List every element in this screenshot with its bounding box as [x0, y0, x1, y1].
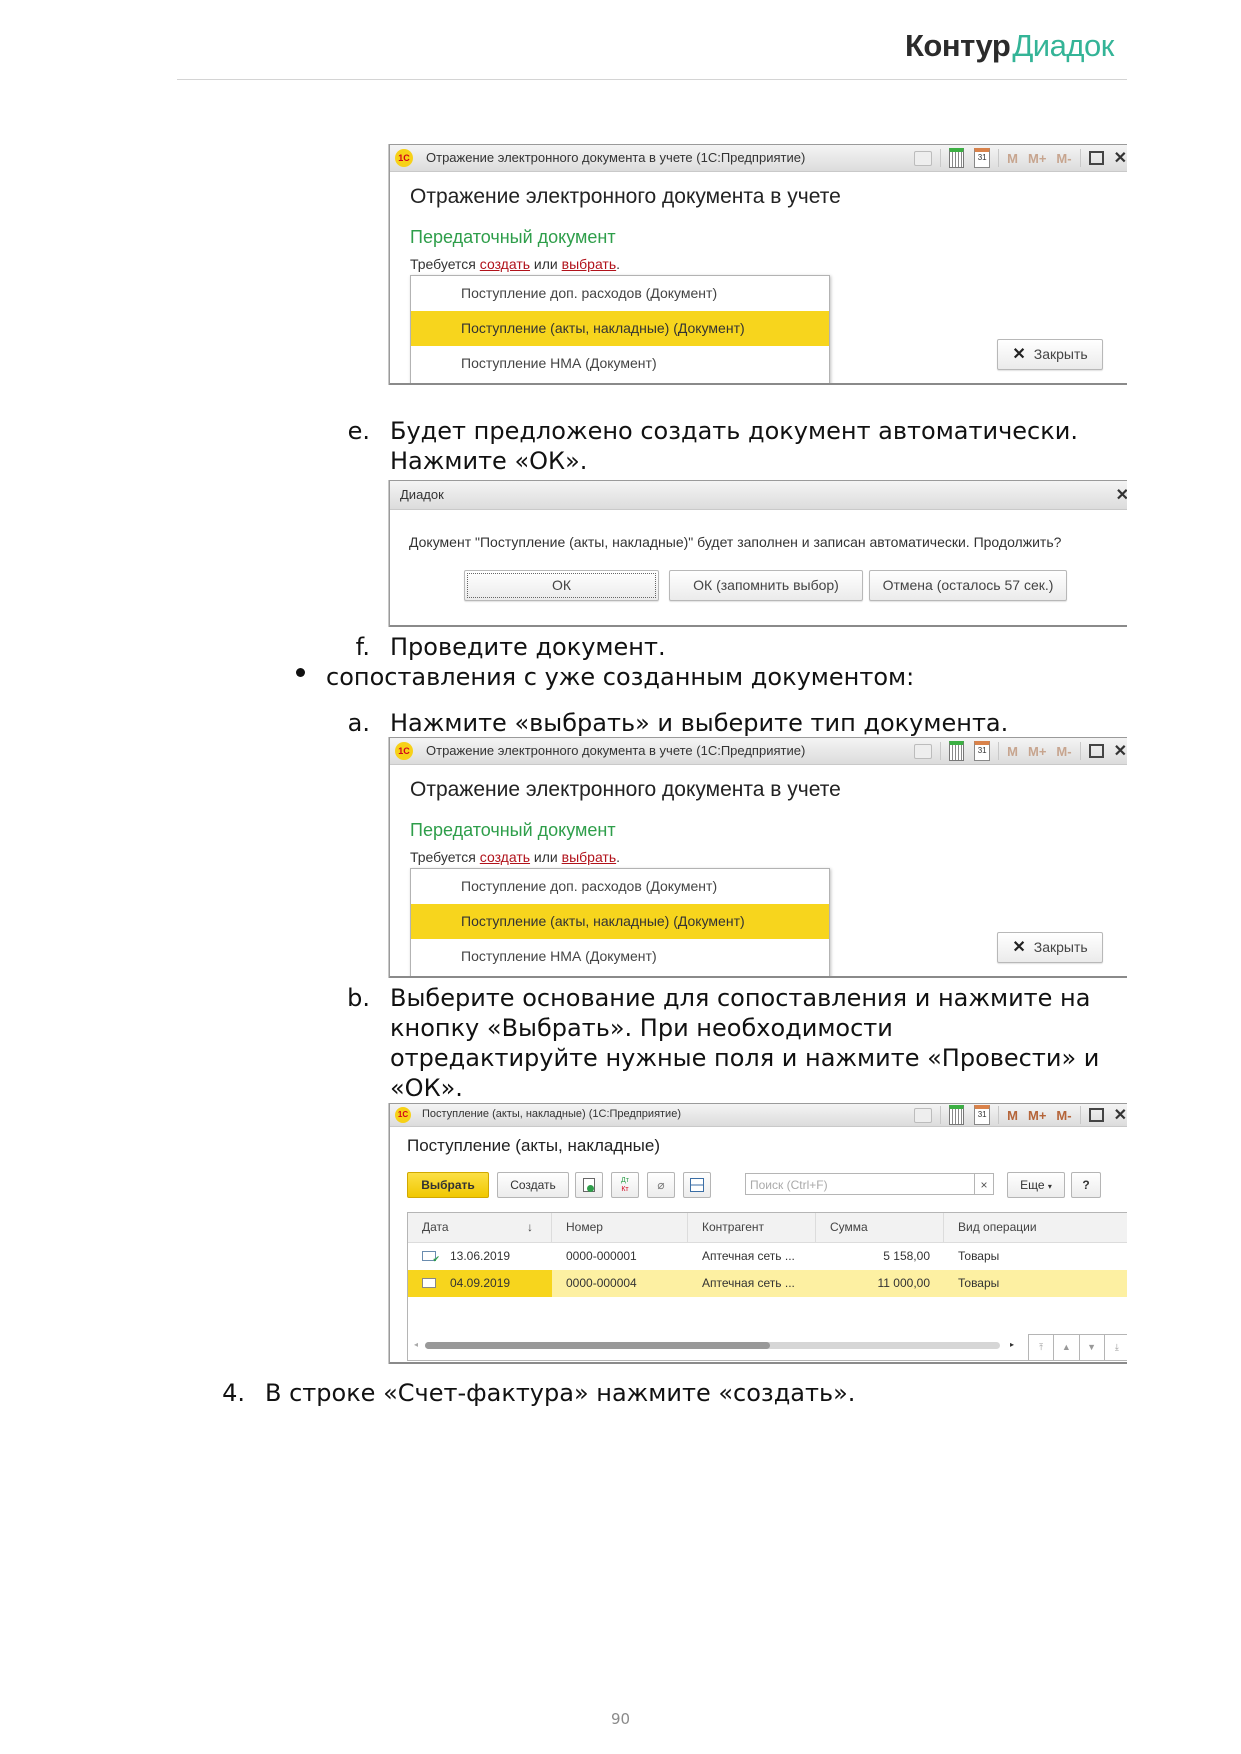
separator — [998, 1106, 999, 1124]
list-toolbar: Выбрать Создать ДтКт ⌀ Поиск (Ctrl+F) × … — [407, 1172, 1127, 1198]
separator — [940, 742, 941, 760]
form-heading: Отражение электронного документа в учете — [410, 778, 841, 802]
ok-remember-button[interactable]: ОК (запомнить выбор) — [669, 570, 863, 601]
structure-icon — [690, 1178, 704, 1192]
chevron-down-icon: ▾ — [1048, 1182, 1052, 1191]
brand-logo: КонтурДиадок — [905, 28, 1114, 64]
attach-button[interactable]: ⌀ — [647, 1172, 675, 1198]
memory-mminus-button[interactable]: M- — [1056, 1108, 1071, 1123]
step-4-text: В строке «Счет-фактура» нажмите «создать… — [265, 1378, 855, 1408]
close-button[interactable]: ✕Закрыть — [997, 339, 1103, 370]
cell-date: 04.09.2019 — [408, 1270, 552, 1297]
req-prefix: Требуется — [410, 256, 480, 272]
calculator-icon[interactable] — [949, 741, 964, 761]
scrollbar-thumb[interactable] — [425, 1342, 770, 1349]
close-x-icon: ✕ — [1012, 939, 1025, 956]
col-date[interactable]: Дата↓ — [408, 1213, 552, 1242]
col-sum[interactable]: Сумма — [816, 1213, 944, 1242]
dropdown-item[interactable]: Поступление НМА (Документ) — [411, 939, 829, 974]
print-icon[interactable] — [914, 1108, 932, 1123]
req-suffix: . — [616, 849, 620, 865]
separator — [998, 149, 999, 167]
doc-type-label: Передаточный документ — [410, 820, 616, 841]
more-button[interactable]: Еще ▾ — [1007, 1172, 1065, 1198]
posted-document-icon: ✔ — [422, 1251, 436, 1261]
select-link[interactable]: выбрать — [562, 849, 617, 865]
paperclip-icon: ⌀ — [657, 1178, 664, 1192]
dropdown-item[interactable]: Поступление доп. расходов (Документ) — [411, 276, 829, 311]
more-label: Еще — [1020, 1178, 1044, 1192]
new-document-icon — [583, 1178, 595, 1192]
help-button[interactable]: ? — [1071, 1172, 1101, 1198]
step-b-line1: Выберите основание для сопоставления и н… — [390, 983, 1090, 1013]
scroll-right-icon[interactable]: ▸ — [1010, 1340, 1014, 1349]
print-icon[interactable] — [914, 744, 932, 759]
dropdown-item-selected[interactable]: Поступление (акты, накладные) (Документ) — [411, 904, 829, 939]
dialog-close-icon[interactable]: ✕ — [1116, 485, 1127, 505]
calendar-icon[interactable]: 31 — [974, 741, 990, 761]
create-based-on-button[interactable] — [575, 1172, 603, 1198]
search-clear-button[interactable]: × — [974, 1173, 994, 1195]
sort-desc-icon: ↓ — [527, 1213, 533, 1242]
requirement-text: Требуется создать или выбрать. — [410, 849, 620, 865]
brand-kontur: Контур — [905, 28, 1010, 63]
cell-counterparty: Аптечная сеть ... — [688, 1270, 816, 1297]
window-receipts-list: 1C Поступление (акты, накладные) (1С:Пре… — [389, 1103, 1127, 1364]
cell-operation: Товары — [944, 1270, 1127, 1297]
window-reflect-doc-2: 1C Отражение электронного документа в уч… — [389, 737, 1127, 978]
dt-kt-icon: ДтКт — [612, 1173, 638, 1194]
select-button[interactable]: Выбрать — [407, 1172, 489, 1198]
1c-logo-icon: 1C — [395, 149, 413, 167]
step-b-marker: b. — [330, 983, 370, 1013]
title-bar: 1C Отражение электронного документа в уч… — [390, 145, 1127, 172]
dropdown-item[interactable]: Поступление НМА (Документ) — [411, 346, 829, 381]
ok-button[interactable]: ОК — [464, 570, 659, 601]
dt-kt-button[interactable]: ДтКт — [611, 1172, 639, 1198]
step-f-marker: f. — [330, 632, 370, 662]
prev-row-icon[interactable]: ▲ — [1054, 1335, 1079, 1360]
step-f-text: Проведите документ. — [390, 632, 666, 662]
separator — [998, 742, 999, 760]
cell-number: 0000-000001 — [552, 1243, 688, 1270]
form-heading: Отражение электронного документа в учете — [410, 185, 841, 209]
cell-operation: Товары — [944, 1243, 1127, 1270]
memory-m-button[interactable]: M — [1007, 1108, 1018, 1123]
maximize-icon[interactable] — [1089, 744, 1104, 758]
page-number: 90 — [0, 1710, 1241, 1728]
close-icon[interactable]: ✕ — [1114, 741, 1127, 761]
dropdown-item[interactable]: Поступление доп. расходов (Документ) — [411, 869, 829, 904]
cancel-button[interactable]: Отмена (осталось 57 сек.) — [869, 570, 1067, 601]
dialog-message: Документ "Поступление (акты, накладные)"… — [409, 534, 1061, 550]
step-e-line1: Будет предложено создать документ автома… — [390, 416, 1078, 446]
title-toolbar: 31 M M+ M- ✕ — [909, 148, 1127, 168]
1c-logo-icon: 1C — [395, 742, 413, 760]
table-header: Дата↓ Номер Контрагент Сумма Вид операци… — [408, 1213, 1127, 1243]
create-button[interactable]: Создать — [497, 1172, 569, 1198]
step-b-line4: «ОК». — [390, 1073, 463, 1103]
col-number[interactable]: Номер — [552, 1213, 688, 1242]
cell-sum: 5 158,00 — [816, 1243, 944, 1270]
doc-type-dropdown: Поступление доп. расходов (Документ) Пос… — [410, 275, 830, 385]
memory-mminus-button[interactable]: M- — [1056, 151, 1071, 166]
row-navigation: ⤒ ▲ ▼ ⤓ — [1028, 1334, 1127, 1360]
step-a-marker: a. — [330, 708, 370, 738]
close-icon[interactable]: ✕ — [1114, 1105, 1127, 1125]
maximize-icon[interactable] — [1089, 1108, 1104, 1122]
select-link[interactable]: выбрать — [562, 256, 617, 272]
step-e-line2: Нажмите «ОК». — [390, 446, 587, 476]
col-operation[interactable]: Вид операции — [944, 1213, 1127, 1242]
step-4-marker: 4. — [205, 1378, 245, 1408]
memory-mplus-button[interactable]: M+ — [1028, 1108, 1046, 1123]
bullet-text: сопоставления с уже созданным документом… — [326, 662, 914, 692]
window-title: Отражение электронного документа в учете… — [426, 743, 805, 758]
step-a-text: Нажмите «выбрать» и выберите тип докумен… — [390, 708, 1008, 738]
separator — [1080, 742, 1081, 760]
calculator-icon[interactable] — [949, 1105, 964, 1125]
req-mid: или — [530, 256, 562, 272]
separator — [940, 149, 941, 167]
date-value: 13.06.2019 — [450, 1249, 510, 1263]
req-prefix: Требуется — [410, 849, 480, 865]
next-row-icon[interactable]: ▼ — [1080, 1335, 1105, 1360]
calendar-icon[interactable]: 31 — [974, 148, 990, 168]
table-row-selected[interactable]: 04.09.2019 0000-000004 Аптечная сеть ...… — [408, 1270, 1127, 1297]
separator — [940, 1106, 941, 1124]
receipts-table: Дата↓ Номер Контрагент Сумма Вид операци… — [407, 1212, 1127, 1361]
maximize-icon[interactable] — [1089, 151, 1104, 165]
requirement-text: Требуется создать или выбрать. — [410, 256, 620, 272]
last-row-icon[interactable]: ⤓ — [1105, 1335, 1127, 1360]
close-button-label: Закрыть — [1034, 939, 1088, 955]
date-value: 04.09.2019 — [450, 1276, 510, 1290]
window-title: Отражение электронного документа в учете… — [426, 150, 805, 165]
dialog-title: Диадок — [400, 487, 444, 502]
window-reflect-doc-1: 1C Отражение электронного документа в уч… — [389, 144, 1127, 385]
scroll-left-icon[interactable]: ◂ — [414, 1340, 418, 1349]
memory-mplus-button[interactable]: M+ — [1028, 151, 1046, 166]
calculator-icon[interactable] — [949, 148, 964, 168]
list-heading: Поступление (акты, накладные) — [407, 1136, 660, 1156]
col-date-label: Дата — [422, 1220, 449, 1234]
close-button[interactable]: ✕Закрыть — [997, 932, 1103, 963]
brand-diadoc: Диадок — [1012, 28, 1113, 63]
table-row[interactable]: ✔13.06.2019 0000-000001 Аптечная сеть ..… — [408, 1243, 1127, 1270]
close-icon[interactable]: ✕ — [1114, 148, 1127, 168]
header-divider — [177, 79, 1127, 80]
cell-number: 0000-000004 — [552, 1270, 688, 1297]
document-icon — [422, 1278, 436, 1288]
memory-mplus-button[interactable]: M+ — [1028, 744, 1046, 759]
memory-mminus-button[interactable]: M- — [1056, 744, 1071, 759]
req-mid: или — [530, 849, 562, 865]
title-bar: 1C Отражение электронного документа в уч… — [390, 738, 1127, 765]
step-e-marker: e. — [330, 416, 370, 446]
kt-label: Кт — [621, 1186, 628, 1193]
print-icon[interactable] — [914, 151, 932, 166]
window-title: Поступление (акты, накладные) (1С:Предпр… — [422, 1108, 681, 1120]
col-counterparty[interactable]: Контрагент — [688, 1213, 816, 1242]
dt-label: Дт — [621, 1177, 629, 1184]
doc-type-dropdown: Поступление доп. расходов (Документ) Пос… — [410, 868, 830, 978]
1c-logo-icon: 1C — [395, 1107, 411, 1123]
title-toolbar: 31 M M+ M- ✕ — [909, 741, 1127, 761]
structure-button[interactable] — [683, 1172, 711, 1198]
doc-type-label: Передаточный документ — [410, 227, 616, 248]
create-link[interactable]: создать — [480, 849, 530, 865]
req-suffix: . — [616, 256, 620, 272]
close-button-label: Закрыть — [1034, 346, 1088, 362]
title-bar: 1C Поступление (акты, накладные) (1С:Пре… — [390, 1104, 1127, 1127]
step-b-line2: кнопку «Выбрать». При необходимости — [390, 1013, 893, 1043]
separator — [1080, 149, 1081, 167]
diadoc-confirm-dialog: Диадок ✕ Документ "Поступление (акты, на… — [389, 480, 1127, 627]
step-b-line3: отредактируйте нужные поля и нажмите «Пр… — [390, 1043, 1099, 1073]
dropdown-item-selected[interactable]: Поступление (акты, накладные) (Документ) — [411, 311, 829, 346]
create-link[interactable]: создать — [480, 256, 530, 272]
calendar-icon[interactable]: 31 — [974, 1105, 990, 1125]
close-x-icon: ✕ — [1012, 346, 1025, 363]
search-input[interactable]: Поиск (Ctrl+F) — [745, 1173, 975, 1195]
cell-sum: 11 000,00 — [816, 1270, 944, 1297]
separator — [1080, 1106, 1081, 1124]
horizontal-scrollbar[interactable] — [425, 1342, 1000, 1349]
title-toolbar: 31 M M+ M- ✕ — [909, 1105, 1127, 1125]
memory-m-button[interactable]: M — [1007, 744, 1018, 759]
memory-m-button[interactable]: M — [1007, 151, 1018, 166]
cell-counterparty: Аптечная сеть ... — [688, 1243, 816, 1270]
first-row-icon[interactable]: ⤒ — [1029, 1335, 1054, 1360]
cell-date: ✔13.06.2019 — [408, 1243, 552, 1270]
bullet-icon — [296, 668, 305, 677]
dialog-title-bar: Диадок ✕ — [390, 481, 1127, 510]
